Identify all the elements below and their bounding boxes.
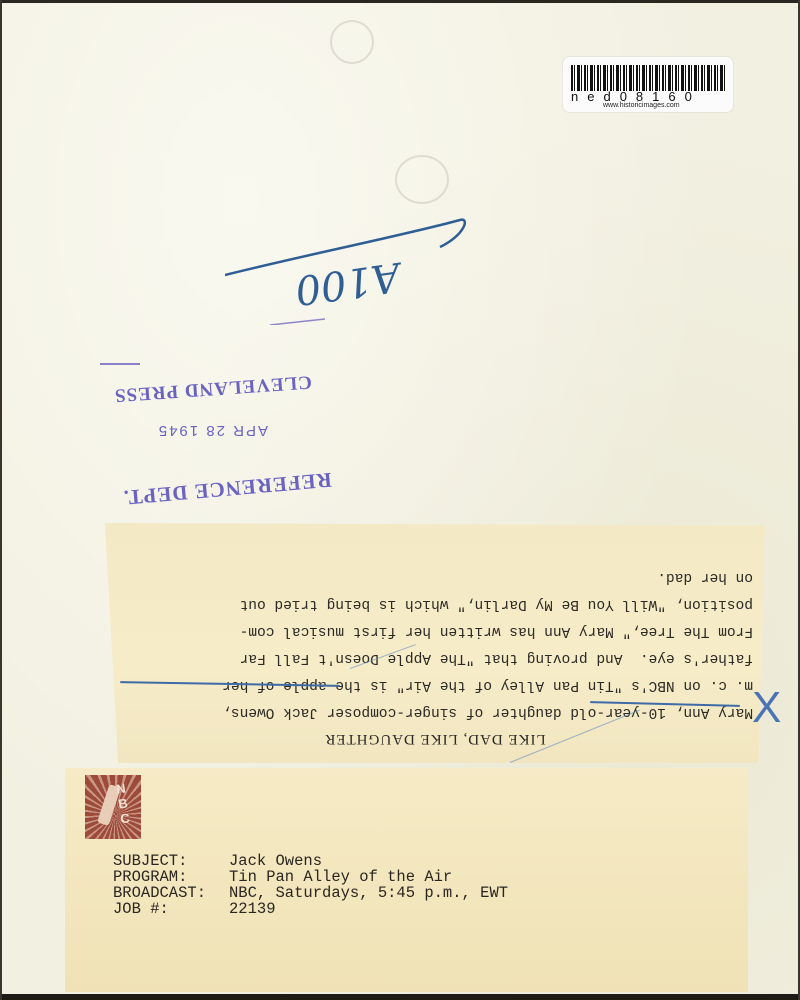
handwritten-note: A100	[225, 215, 475, 325]
field-label: PROGRAM:	[113, 869, 229, 885]
clipping-body: Mary Ann, 10-year-old daughter of singer…	[113, 563, 753, 725]
faint-bleedthrough-mark	[330, 20, 374, 64]
barcode-sticker: ned08160 www.historicimages.com	[563, 57, 733, 112]
field-value: NBC, Saturdays, 5:45 p.m., EWT	[229, 885, 508, 901]
typed-clipping: LIKE DAD, LIKE DAUGHTER Mary Ann, 10-yea…	[105, 523, 765, 763]
faint-bleedthrough-mark	[395, 155, 449, 204]
clipping-line: position, "Will You Be My Darlin," which…	[113, 590, 753, 617]
field-program: PROGRAM: Tin Pan Alley of the Air	[113, 869, 508, 885]
bottom-edge	[0, 994, 800, 1000]
top-edge	[0, 0, 800, 3]
field-label: BROADCAST:	[113, 885, 229, 901]
clipping-line: on her dad.	[113, 563, 753, 590]
stamp-dash	[100, 363, 140, 365]
clipping-line: father's eye. And proving that "The Appl…	[113, 644, 753, 671]
stamp-date: APR 28 1945	[157, 422, 268, 439]
field-value: 22139	[229, 901, 276, 917]
barcode-site: www.historicimages.com	[603, 102, 680, 109]
clipping-line: From The Tree," Mary Ann has written her…	[113, 617, 753, 644]
field-value: Tin Pan Alley of the Air	[229, 869, 452, 885]
barcode-bars	[571, 65, 725, 91]
pen-x-mark: X	[752, 688, 792, 728]
stamp-department: REFERENCE DEPT.	[122, 467, 333, 510]
clipping-headline: LIKE DAD, LIKE DAUGHTER	[235, 730, 635, 747]
archive-stamp: REFERENCE DEPT. APR 28 1945 CLEVELAND PR…	[100, 345, 340, 505]
left-edge	[0, 0, 2, 1000]
field-broadcast: BROADCAST: NBC, Saturdays, 5:45 p.m., EW…	[113, 885, 508, 901]
stamp-publication: CLEVELAND PRESS	[113, 370, 312, 406]
field-value: Jack Owens	[229, 853, 322, 869]
field-subject: SUBJECT: Jack Owens	[113, 853, 508, 869]
field-label: SUBJECT:	[113, 853, 229, 869]
nbc-microphone-logo-icon: NBC	[85, 775, 141, 839]
nbc-info-fields: SUBJECT: Jack Owens PROGRAM: Tin Pan All…	[113, 853, 508, 917]
clipping-text-upside-down: LIKE DAD, LIKE DAUGHTER Mary Ann, 10-yea…	[105, 523, 765, 763]
field-job-number: JOB #: 22139	[113, 901, 508, 917]
field-label: JOB #:	[113, 901, 229, 917]
